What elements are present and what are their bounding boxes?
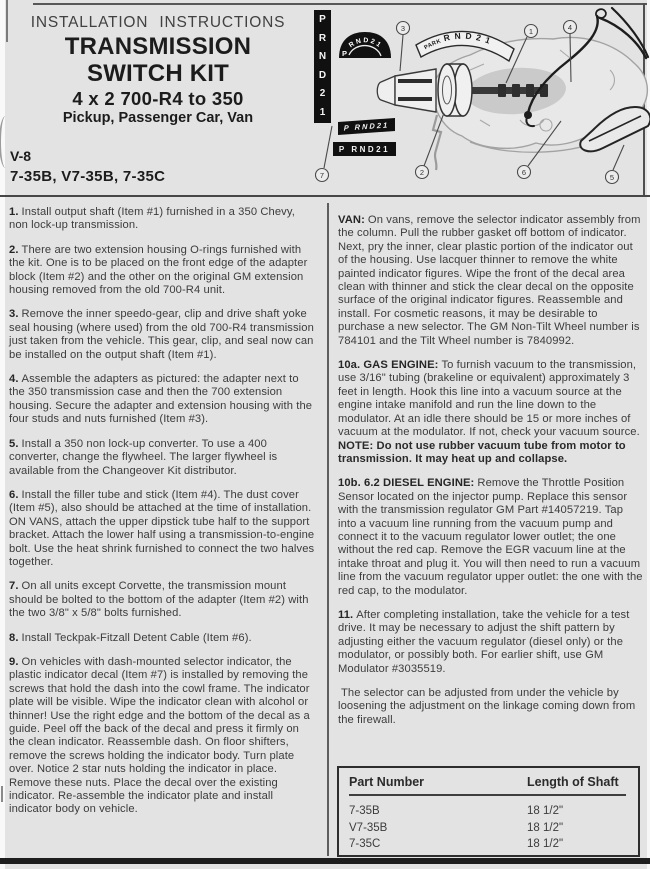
section-text: On vans, remove the selector indicator a… bbox=[338, 214, 641, 347]
section-text: Remove the Throttle Position Sensor loca… bbox=[338, 477, 643, 596]
transmission-exploded-diagram: P RND21 PARK R N D 2 1 bbox=[300, 0, 650, 197]
instruction-step-6: 6.Install the filler tube and stick (Ite… bbox=[9, 489, 317, 569]
step-text: Remove the inner speedo-gear, clip and d… bbox=[9, 308, 314, 360]
scan-artifact-tick bbox=[1, 786, 3, 802]
step-number: 7. bbox=[9, 580, 19, 592]
callout-3: 3 bbox=[397, 22, 410, 35]
shift-indicator-dome-decal: P RND21 bbox=[339, 32, 391, 58]
svg-text:2: 2 bbox=[420, 168, 424, 177]
instruction-step-8: 8.Install Teckpak-Fitzall Detent Cable (… bbox=[9, 632, 317, 645]
step-number: 1. bbox=[9, 206, 19, 218]
instruction-step-4: 4.Assemble the adapters as pictured: the… bbox=[9, 373, 317, 427]
gear-letter: 1 bbox=[320, 108, 326, 118]
vehicle-types: Pickup, Passenger Car, Van bbox=[8, 110, 308, 126]
section-text: After completing installation, take the … bbox=[338, 609, 629, 675]
step-number: 5. bbox=[9, 438, 19, 450]
table-row: 7-35C 18 1/2" bbox=[349, 836, 626, 853]
step-number: 8. bbox=[9, 632, 19, 644]
scanned-instruction-sheet: INSTALLATION INSTRUCTIONS TRANSMISSION S… bbox=[0, 0, 650, 869]
step-number: 2. bbox=[9, 244, 19, 256]
callout-4: 4 bbox=[564, 21, 577, 34]
svg-text:3: 3 bbox=[401, 24, 405, 33]
dome-decal-p: P bbox=[342, 49, 347, 58]
engine-label: V-8 bbox=[10, 148, 31, 164]
shift-indicator-strip-decal: P RND21 bbox=[333, 142, 396, 156]
instruction-step-7: 7.On all units except Corvette, the tran… bbox=[9, 580, 317, 620]
svg-text:6: 6 bbox=[522, 168, 526, 177]
step-text: Assemble the adapters as pictured: the a… bbox=[9, 373, 312, 425]
part-number-cell: 7-35B bbox=[349, 803, 527, 820]
table-row: V7-35B 18 1/2" bbox=[349, 820, 626, 837]
gear-letter: N bbox=[319, 52, 326, 62]
step-number: 6. bbox=[9, 489, 19, 501]
kit-subtitle: 4 x 2 700-R4 to 350 bbox=[8, 88, 308, 110]
diesel-engine-instruction: 10b. 6.2 DIESEL ENGINE:Remove the Thrott… bbox=[338, 477, 643, 598]
gear-letter: P bbox=[319, 15, 326, 25]
document-kicker: INSTALLATION INSTRUCTIONS bbox=[8, 14, 308, 32]
column-divider-rule bbox=[327, 203, 329, 856]
instructions-column-right: VAN:On vans, remove the selector indicat… bbox=[338, 214, 643, 738]
instruction-step-5: 5.Install a 350 non lock-up converter. T… bbox=[9, 438, 317, 478]
section-label: 10b. 6.2 DIESEL ENGINE: bbox=[338, 477, 474, 489]
callout-2: 2 bbox=[416, 166, 429, 179]
parts-table-header-rule bbox=[349, 794, 626, 796]
callout-7: 7 bbox=[316, 169, 329, 182]
adapter-art bbox=[438, 64, 472, 116]
step-text: There are two extension housing O-rings … bbox=[9, 244, 307, 296]
shaft-length-cell: 18 1/2" bbox=[527, 836, 626, 853]
svg-text:4: 4 bbox=[568, 23, 572, 32]
section-label: 11. bbox=[338, 609, 353, 621]
gas-engine-instruction: 10a. GAS ENGINE:To furnish vacuum to the… bbox=[338, 359, 643, 466]
yoke-art bbox=[377, 69, 436, 112]
callout-6: 6 bbox=[518, 166, 531, 179]
step-text: Install a 350 non lock-up converter. To … bbox=[9, 438, 277, 477]
instructions-column-left: 1.Install output shaft (Item #1) furnish… bbox=[9, 206, 317, 828]
instruction-step-9: 9.On vehicles with dash-mounted selector… bbox=[9, 656, 317, 817]
gear-letter: R bbox=[319, 34, 326, 44]
selector-adjustment-note: The selector can be adjusted from under … bbox=[338, 687, 643, 727]
column-length-of-shaft: Length of Shaft bbox=[527, 775, 626, 789]
shaft-length-cell: 18 1/2" bbox=[527, 820, 626, 837]
parts-table-header: Part Number Length of Shaft bbox=[349, 775, 626, 789]
page-title-line2: SWITCH KIT bbox=[8, 60, 308, 88]
step-number: 4. bbox=[9, 373, 19, 385]
parts-table: Part Number Length of Shaft 7-35B 18 1/2… bbox=[337, 766, 640, 857]
page-title-line1: TRANSMISSION bbox=[8, 33, 308, 61]
section-note: NOTE: Do not use rubber vacuum tube from… bbox=[338, 440, 643, 467]
step-text: On all units except Corvette, the transm… bbox=[9, 580, 309, 619]
callout-1: 1 bbox=[525, 25, 538, 38]
scan-bottom-edge bbox=[0, 858, 650, 864]
shaft-length-cell: 18 1/2" bbox=[527, 803, 626, 820]
svg-text:5: 5 bbox=[610, 173, 614, 182]
instruction-step-11: 11.After completing installation, take t… bbox=[338, 609, 643, 676]
step-text: Install output shaft (Item #1) furnished… bbox=[9, 206, 295, 231]
svg-text:7: 7 bbox=[320, 171, 324, 180]
table-row: 7-35B 18 1/2" bbox=[349, 803, 626, 820]
gear-letter: 2 bbox=[320, 89, 326, 99]
instruction-step-3: 3.Remove the inner speedo-gear, clip and… bbox=[9, 308, 317, 362]
part-number-cell: 7-35C bbox=[349, 836, 527, 853]
part-number-cell: V7-35B bbox=[349, 820, 527, 837]
section-label: VAN: bbox=[338, 214, 365, 226]
van-instruction: VAN:On vans, remove the selector indicat… bbox=[338, 214, 643, 348]
callout-5: 5 bbox=[606, 171, 619, 184]
step-text: Install the filler tube and stick (Item … bbox=[9, 489, 314, 568]
instruction-step-2: 2.There are two extension housing O-ring… bbox=[9, 244, 317, 298]
gear-letter: D bbox=[319, 71, 326, 81]
column-part-number: Part Number bbox=[349, 775, 527, 789]
svg-text:1: 1 bbox=[529, 27, 533, 36]
section-text: The selector can be adjusted from under … bbox=[338, 687, 635, 726]
shift-indicator-vertical-decal: P R N D 2 1 bbox=[314, 10, 331, 123]
step-number: 3. bbox=[9, 308, 19, 320]
instruction-step-1: 1.Install output shaft (Item #1) furnish… bbox=[9, 206, 317, 233]
part-numbers-label: 7-35B, V7-35B, 7-35C bbox=[10, 168, 165, 185]
step-text: Install Teckpak-Fitzall Detent Cable (It… bbox=[22, 632, 252, 644]
section-label: 10a. GAS ENGINE: bbox=[338, 359, 438, 371]
step-number: 9. bbox=[9, 656, 19, 668]
step-text: On vehicles with dash-mounted selector i… bbox=[9, 656, 310, 815]
